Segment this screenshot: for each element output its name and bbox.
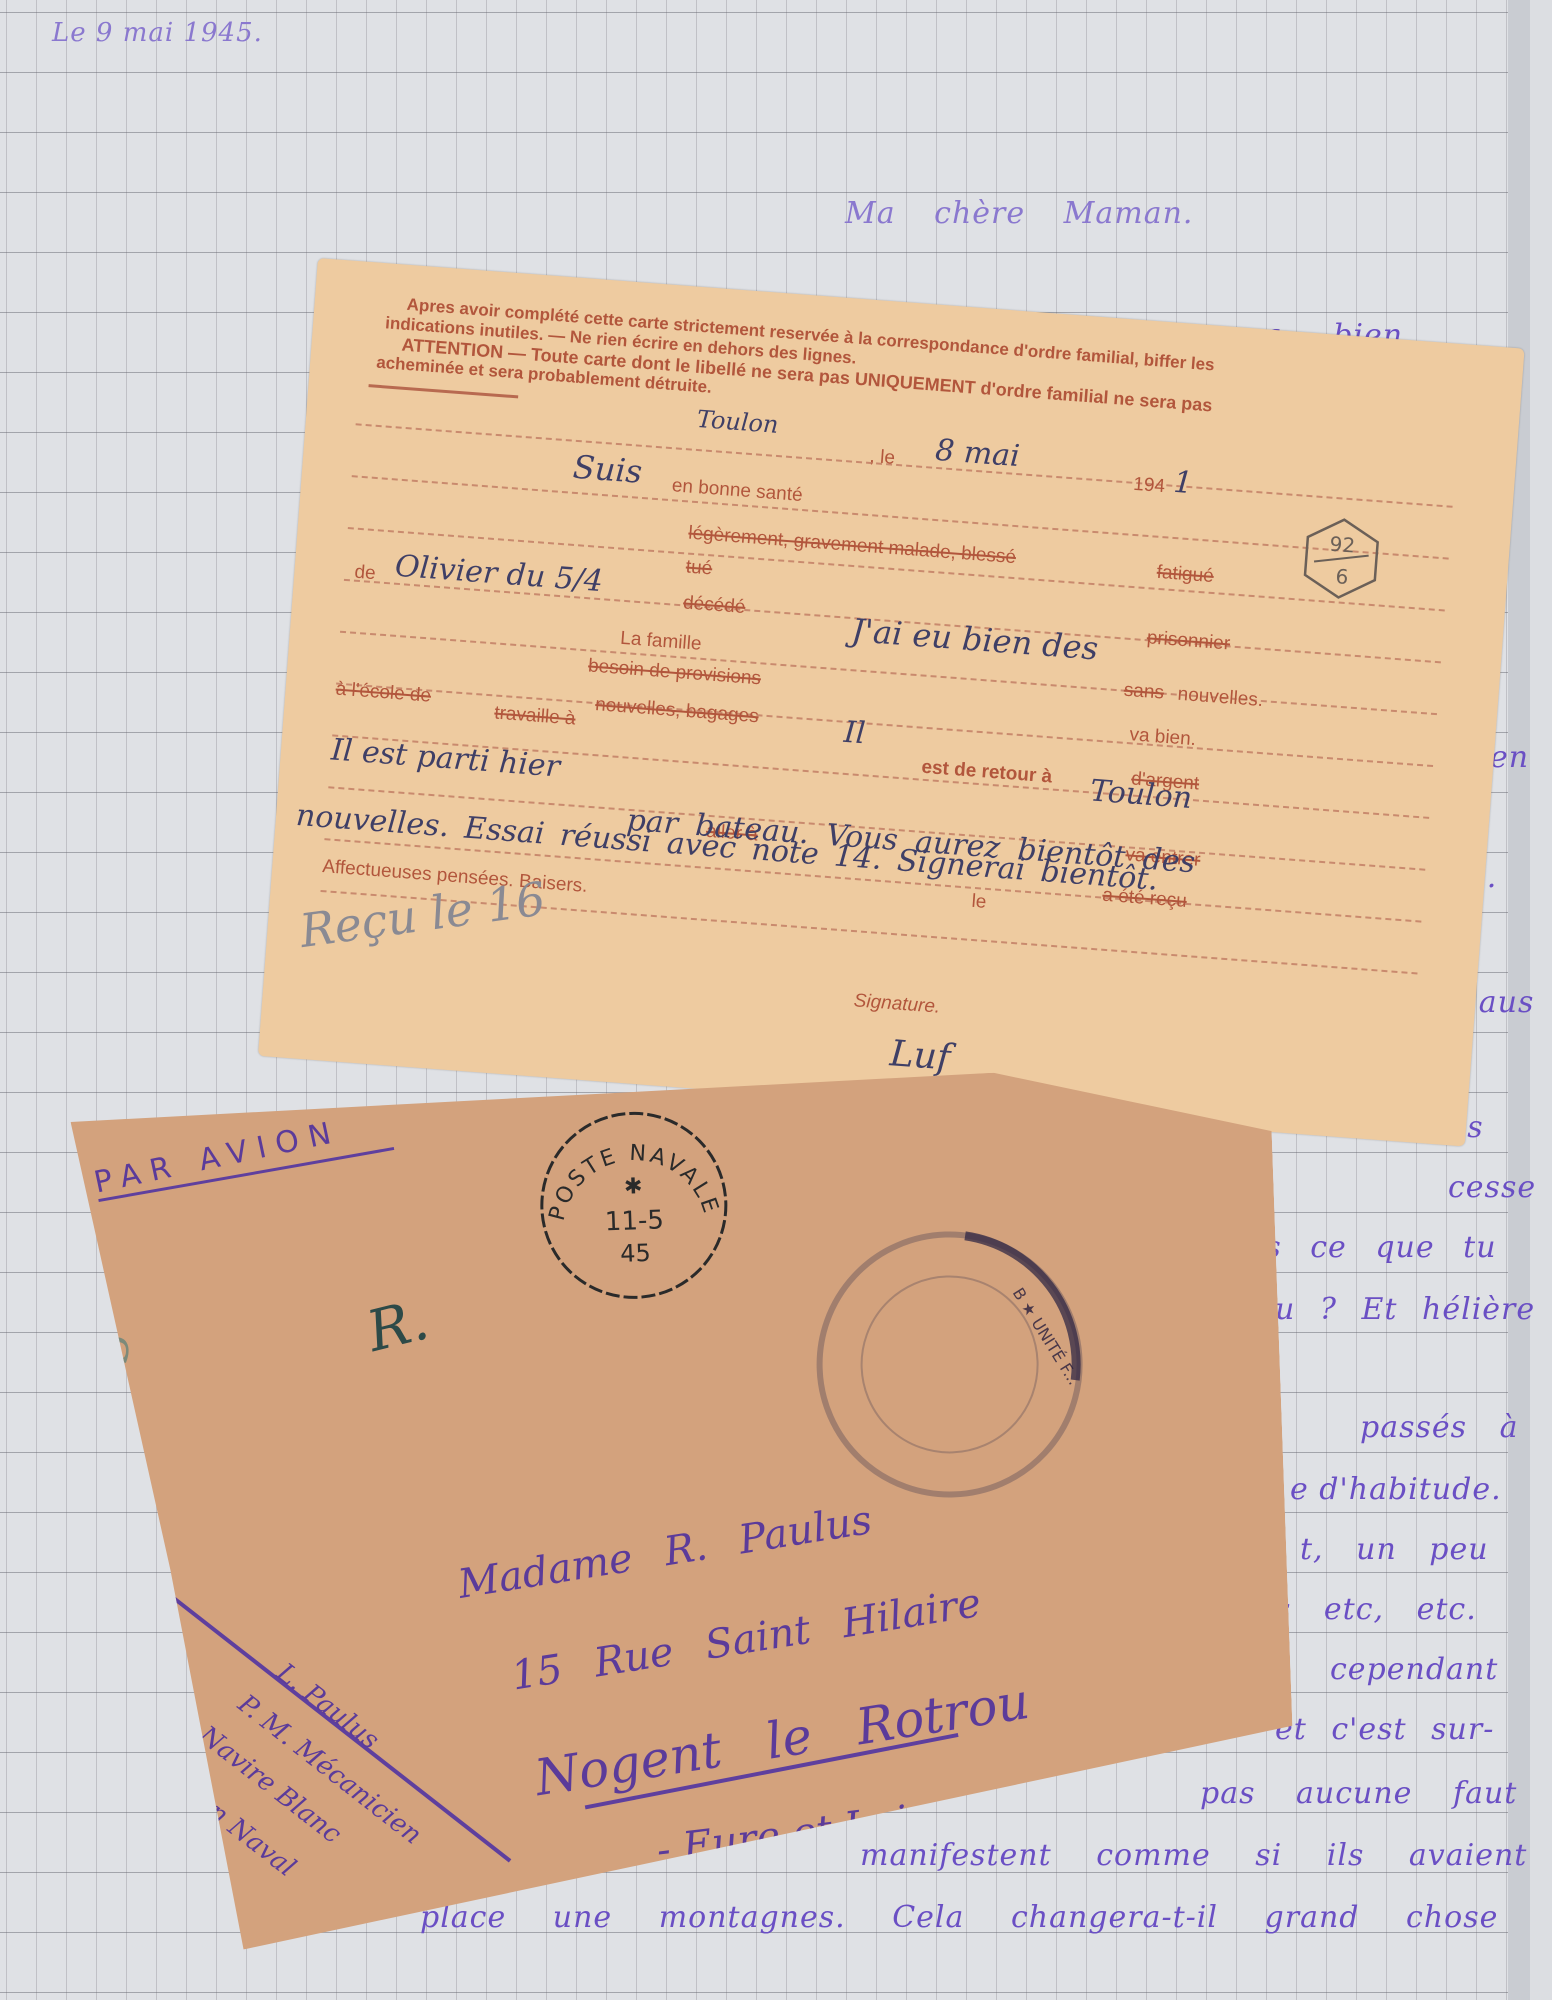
card-ecole: à l'école de	[335, 679, 432, 708]
letter-salutation: Ma chère Maman.	[845, 196, 1193, 231]
card-retour-place: Toulon	[1089, 773, 1193, 816]
card-decede: décédé	[682, 592, 746, 619]
addressee-line: Madame R. Paulus	[455, 1497, 875, 1608]
card-le-label: , le	[869, 446, 896, 470]
card-la-famille: La famille	[619, 628, 702, 656]
card-suis: Suis	[572, 448, 644, 491]
card-signature-label: Signature.	[853, 990, 941, 1018]
hex-stamp-top: 92	[1329, 532, 1356, 558]
letter-line-right: place une montagnes. Cela changera-t-il …	[420, 1900, 1498, 1935]
letter-line-right: manifestent comme si ils avaient	[860, 1838, 1527, 1873]
card-tue: tué	[685, 556, 713, 580]
card-de-label: de	[354, 562, 377, 586]
letter-line-right: cependant	[1330, 1652, 1498, 1687]
card-rule	[356, 423, 1453, 507]
addressee-line: Nogent le Rotrou	[531, 1672, 1033, 1807]
postmark-date: 11-5	[604, 1205, 664, 1237]
card-date: 8 mai	[934, 433, 1021, 474]
hexagon-censor-stamp: 92 6	[1295, 512, 1387, 604]
postmark-year: 45	[620, 1239, 652, 1268]
card-jai-text: J'ai eu bien des	[850, 611, 1099, 667]
card-year: 194	[1132, 474, 1165, 498]
addressee-line: 15 Rue Saint Hilaire	[508, 1580, 984, 1700]
card-nouvelles: nouvelles.	[1177, 684, 1264, 712]
card-sans: sans	[1123, 680, 1165, 705]
letter-line-right: t, un peu	[1300, 1532, 1489, 1567]
letter-line-right: passés à	[1360, 1410, 1518, 1445]
letter-date: Le 9 mai 1945.	[52, 18, 263, 48]
card-nouvelles-bagages: nouvelles, bagages	[594, 694, 759, 728]
unit-ghost-stamp: B ★ UNITÉ F...	[794, 1209, 1104, 1519]
card-travaille: travaille à	[494, 703, 577, 731]
card-prisonnier: prisonnier	[1146, 627, 1231, 655]
letter-line-right: cesse	[1448, 1170, 1536, 1205]
card-place: Toulon	[696, 405, 780, 439]
card-signature: Luf	[888, 1033, 951, 1078]
letter-line-right: us ce que tu	[1245, 1230, 1497, 1265]
card-fatigue: fatigué	[1156, 562, 1215, 588]
card-legerement: légèrement, gravement malade, blessé	[688, 523, 1017, 570]
card-il: Il	[843, 715, 867, 752]
hex-stamp-bottom: 6	[1335, 564, 1349, 589]
postmark-star: ✱	[624, 1174, 643, 1200]
card-le2: le	[971, 891, 987, 914]
card-year-digit: 1	[1172, 465, 1194, 501]
card-free-text: Il est parti hier	[330, 732, 561, 784]
recommande-mark: R.	[361, 1287, 435, 1365]
letter-line-right: s etc, etc.	[1275, 1592, 1477, 1627]
letter-line-right: pas aucune faut	[1200, 1776, 1517, 1811]
poste-navale-postmark: POSTE NAVALE ✱ 11-5 45	[530, 1102, 737, 1309]
letter-line-right: en	[1490, 740, 1529, 775]
letter-line-right: et c'est sur-	[1275, 1712, 1494, 1747]
correspondence-card: Apres avoir complété cette carte stricte…	[258, 258, 1525, 1146]
letter-line-right: e d'habitude.	[1290, 1472, 1502, 1507]
par-avion-label: PAR AVION	[91, 1114, 344, 1200]
letter-line-right: tu ? Et hélière	[1262, 1292, 1535, 1327]
card-rule	[368, 384, 518, 398]
card-va-bien: va bien.	[1129, 724, 1197, 751]
